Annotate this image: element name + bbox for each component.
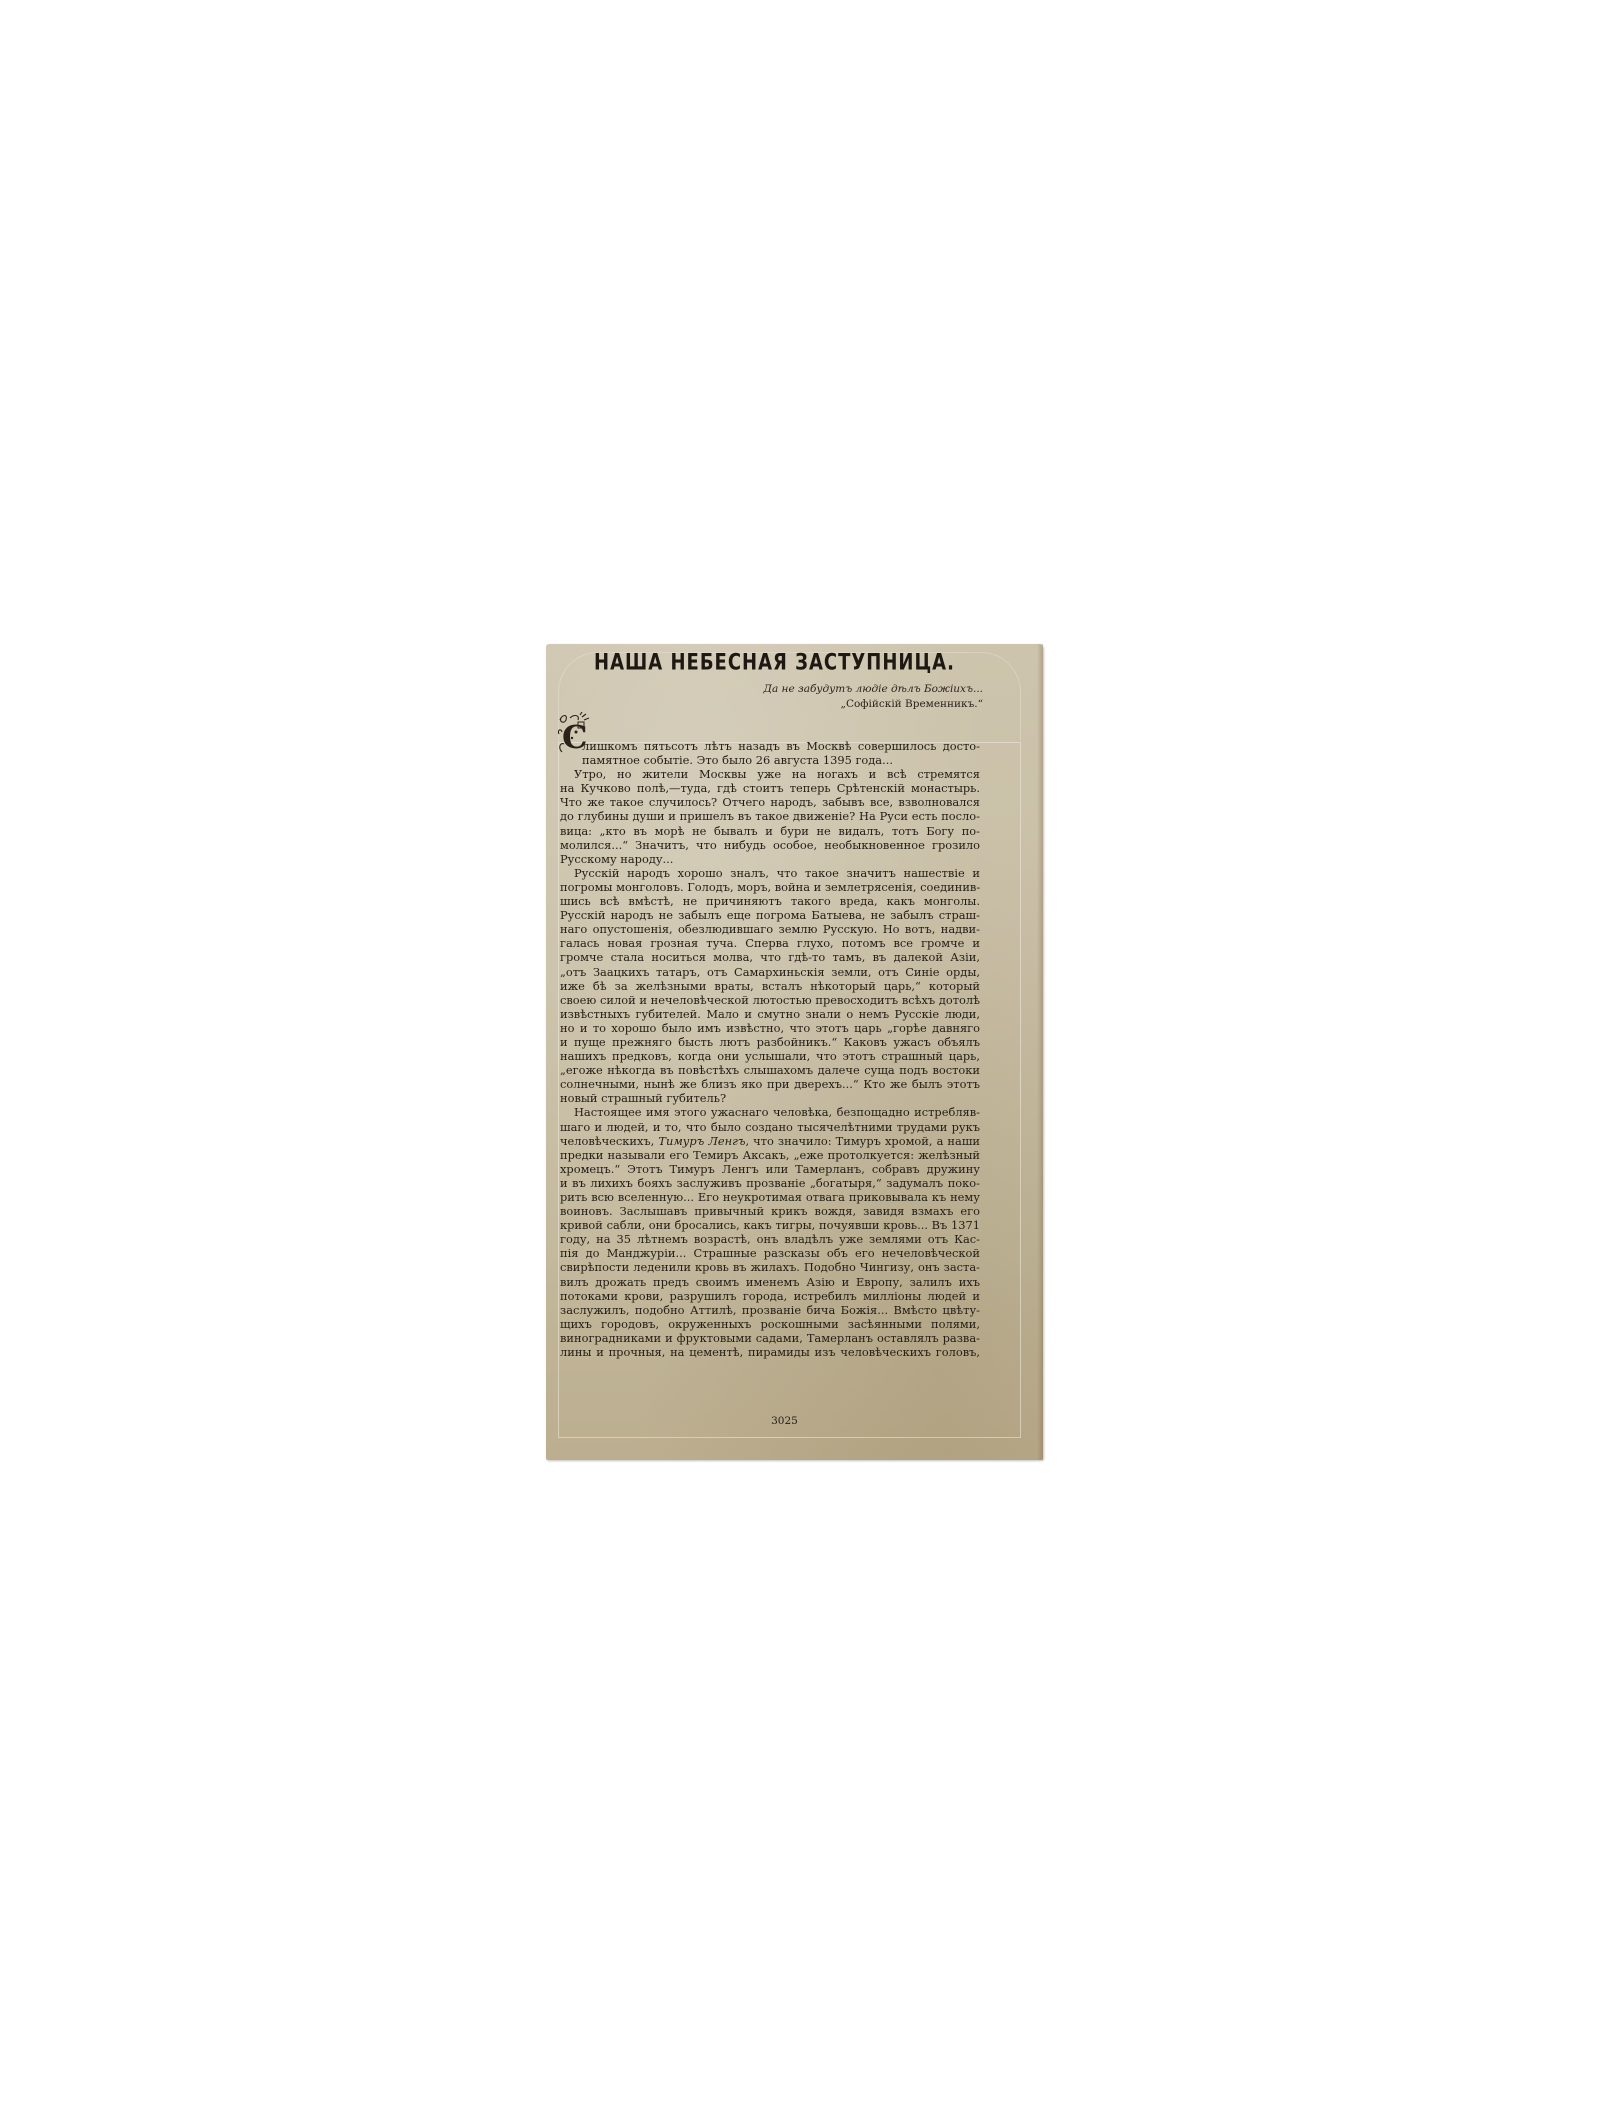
text-line: до глубины души и пришелъ въ такое движе…: [560, 809, 980, 823]
text-line: вилъ дрожать предъ своимъ именемъ Азію и…: [560, 1275, 980, 1289]
page-title: НАША НЕБЕСНАЯ ЗАСТУПНИЦА.: [546, 649, 1043, 675]
text-line: шаго и людей, и то, что было создано тыс…: [560, 1120, 980, 1134]
text-line: „отъ Заацкихъ татаръ, отъ Самархиньскія …: [560, 965, 980, 979]
text-line: человѣческихъ, Тимуръ Ленгъ, что значило…: [560, 1134, 980, 1148]
text-line: Русскій народъ не забылъ еще погрома Бат…: [560, 908, 980, 922]
text-line: нашихъ предковъ, когда они услышали, что…: [560, 1049, 980, 1063]
text-line: „егоже нѣкогда въ повѣстѣхъ слышахомъ да…: [560, 1063, 980, 1077]
text-line: рить всю вселенную... Его неукротимая от…: [560, 1190, 980, 1204]
text-line: виноградниками и фруктовыми садами, Таме…: [560, 1331, 980, 1345]
text-line: вица: „кто въ морѣ не бывалъ и бури не в…: [560, 824, 980, 838]
text-line: предки называли его Темиръ Аксакъ, „еже …: [560, 1148, 980, 1162]
text-line: пія до Манджуріи... Страшные разсказы об…: [560, 1246, 980, 1260]
text-line: хромецъ.“ Этотъ Тимуръ Ленгъ или Тамерла…: [560, 1162, 980, 1176]
page-number: 3025: [546, 1415, 1043, 1427]
article-body: лишкомъ пятьсотъ лѣтъ назадъ въ Москвѣ с…: [560, 739, 980, 1359]
text-line: громче стала носиться молва, что гдѣ-то …: [560, 950, 980, 964]
text-line: но и то хорошо было имъ извѣстно, что эт…: [560, 1021, 980, 1035]
text-line: заслужилъ, подобно Аттилѣ, прозваніе бич…: [560, 1303, 980, 1317]
text-line: и въ лихихъ бояхъ заслуживъ прозваніе „б…: [560, 1176, 980, 1190]
text-line: году, на 35 лѣтнемъ возрастѣ, онъ владѣл…: [560, 1232, 980, 1246]
text-line: новый страшный губитель?: [560, 1091, 980, 1105]
text-line: воиновъ. Заслышавъ привычный крикъ вождя…: [560, 1204, 980, 1218]
epigraph-source: „Софійскій Временникъ.“: [763, 697, 983, 712]
epigraph-quote: Да не забудутъ людіе дѣлъ Божіихъ...: [763, 682, 983, 697]
text-line: своею силой и нечеловѣческой лютостью пр…: [560, 993, 980, 1007]
text-line: галась новая грозная туча. Сперва глухо,…: [560, 936, 980, 950]
text-line: лишкомъ пятьсотъ лѣтъ назадъ въ Москвѣ с…: [560, 739, 980, 753]
epigraph: Да не забудутъ людіе дѣлъ Божіихъ... „Со…: [763, 682, 983, 712]
text-line: потоками крови, разрушилъ города, истреб…: [560, 1289, 980, 1303]
text-line: свирѣпости леденили кровь въ жилахъ. Под…: [560, 1260, 980, 1274]
text-line: на Кучково полѣ,—туда, гдѣ стоитъ теперь…: [560, 781, 980, 795]
text-line: шись всѣ вмѣстѣ, не причиняютъ такого вр…: [560, 894, 980, 908]
text-line: молился...“ Значитъ, что нибудь особое, …: [560, 838, 980, 852]
text-line: лины и прочныя, на цементѣ, пирамиды изъ…: [560, 1345, 980, 1359]
text-line: Утро, но жители Москвы уже на ногахъ и в…: [560, 767, 980, 781]
text-line: и пуще прежняго бысть лютъ разбойникъ.“ …: [560, 1035, 980, 1049]
text-line: Русскій народъ хорошо зналъ, что такое з…: [560, 866, 980, 880]
text-line: наго опустошенія, обезлюдившаго землю Ру…: [560, 922, 980, 936]
text-line: иже бѣ за желѣзными враты, всталъ нѣкото…: [560, 979, 980, 993]
italic-name: Тимуръ Ленгъ: [658, 1134, 745, 1148]
text-line: Настоящее имя этого ужаснаго человѣка, б…: [560, 1105, 980, 1119]
text-line: погромы монголовъ. Голодъ, моръ, война и…: [560, 880, 980, 894]
text-line: кривой сабли, они бросались, какъ тигры,…: [560, 1218, 980, 1232]
text-line: щихъ городовъ, окруженныхъ роскошными за…: [560, 1317, 980, 1331]
text-line: памятное событіе. Это было 26 августа 13…: [560, 753, 980, 767]
text-line: извѣстныхъ губителей. Мало и смутно знал…: [560, 1007, 980, 1021]
text-line: Что же такое случилось? Отчего народъ, з…: [560, 795, 980, 809]
text-line: Русскому народу...: [560, 852, 980, 866]
book-page: НАША НЕБЕСНАЯ ЗАСТУПНИЦА. Да не забудутъ…: [546, 644, 1043, 1460]
text-line: солнечными, нынѣ же близъ яко при дверех…: [560, 1077, 980, 1091]
